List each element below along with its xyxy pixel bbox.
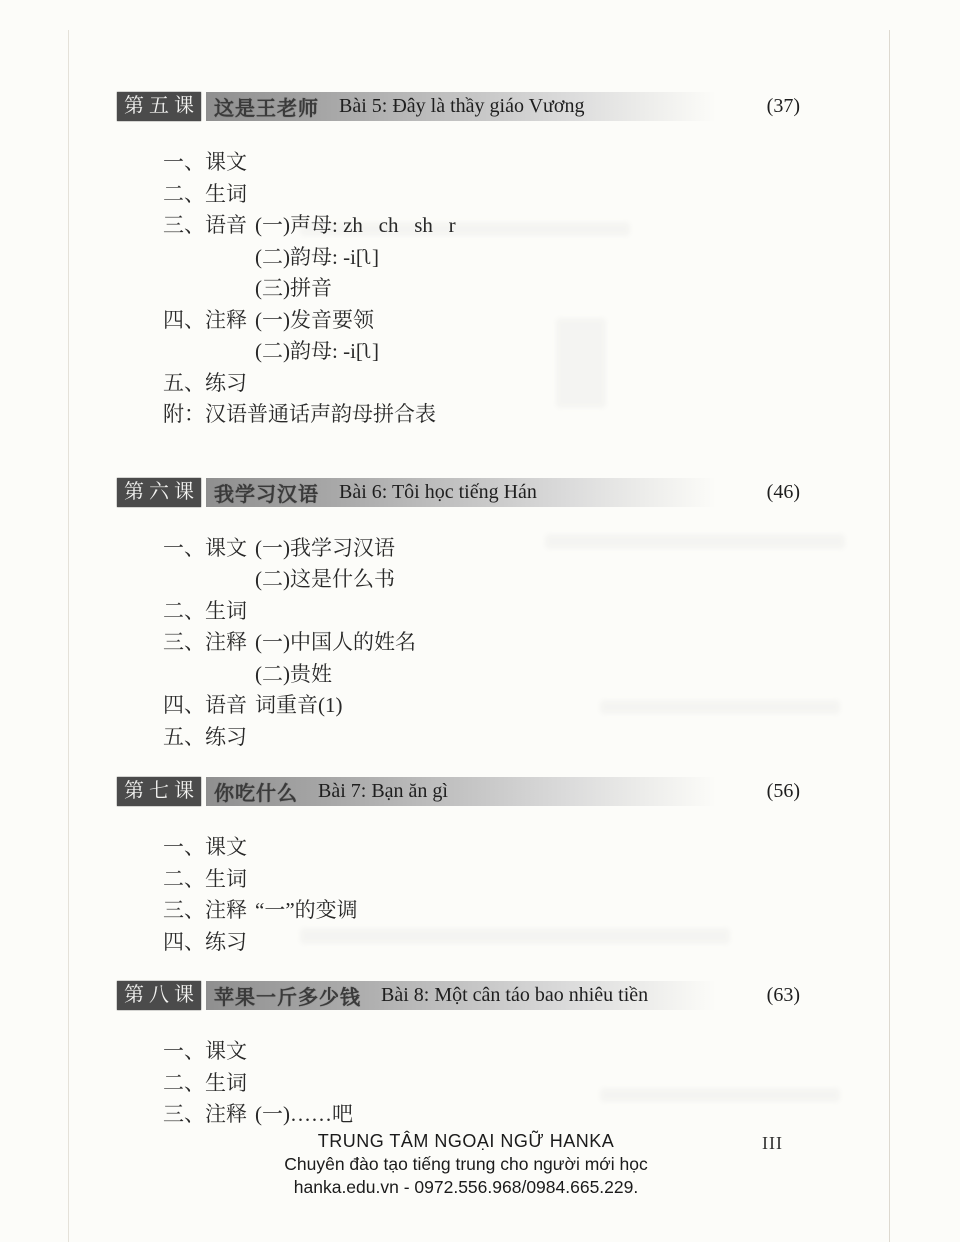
toc-item-row: 五、练习 [117, 722, 800, 754]
lesson-section: 第 七 课你吃什么Bài 7: Bạn ăn gì(56)一、课文二、生词三、注… [117, 777, 800, 958]
item-sub: (一)中国人的姓名 [255, 630, 416, 654]
item-sub: (一)声母: zh ch sh r [255, 213, 456, 237]
toc-item-row: (二)贵姓 [117, 659, 800, 691]
item-label: 三、注释 [163, 895, 255, 927]
toc-item-row: 二、生词 [117, 596, 800, 628]
item-label: 三、注释 [163, 1099, 255, 1131]
lesson-items: 一、课文(一)我学习汉语(二)这是什么书二、生词三、注释(一)中国人的姓名(二)… [117, 533, 800, 754]
item-label: 四、语音 [163, 690, 255, 722]
toc-item-row: 一、课文 [117, 147, 800, 179]
footer-slogan: Chuyên đào tạo tiếng trung cho người mới… [0, 1153, 946, 1176]
lesson-page-ref: (56) [738, 777, 800, 806]
item-label: 二、生词 [163, 179, 255, 211]
lesson-title-vi: Bài 7: Bạn ăn gì [318, 780, 448, 803]
toc-item-row: 四、语音词重音(1) [117, 690, 800, 722]
item-sub: (一)……吧 [255, 1102, 353, 1126]
item-label: 四、注释 [163, 305, 255, 337]
item-label: 二、生词 [163, 596, 255, 628]
item-label: 一、课文 [163, 533, 255, 565]
scanned-toc-page: 第 五 课这是王老师Bài 5: Đây là thầy giáo Vương(… [0, 0, 960, 1242]
item-label: 一、课文 [163, 147, 255, 179]
lesson-title-vi: Bài 5: Đây là thầy giáo Vương [339, 95, 584, 118]
toc-item-row: (二)这是什么书 [117, 564, 800, 596]
item-label: 一、课文 [163, 832, 255, 864]
lesson-header: 第 六 课我学习汉语Bài 6: Tôi học tiếng Hán(46) [117, 478, 800, 507]
item-label: 二、生词 [163, 1068, 255, 1100]
page-right-edge-line [889, 30, 890, 1242]
item-label: 五、练习 [163, 368, 255, 400]
lesson-section: 第 五 课这是王老师Bài 5: Đây là thầy giáo Vương(… [117, 92, 800, 431]
item-sub: (三)拼音 [255, 273, 332, 305]
item-sub: (一)我学习汉语 [255, 536, 395, 560]
lesson-section: 第 八 课苹果一斤多少钱Bài 8: Một cân táo bao nhiêu… [117, 981, 800, 1131]
item-sub: 词重音(1) [255, 693, 343, 717]
lesson-title-vi: Bài 6: Tôi học tiếng Hán [339, 481, 537, 504]
toc-item-row: 三、注释“一”的变调 [117, 895, 800, 927]
toc-item-row: 三、注释(一)……吧 [117, 1099, 800, 1131]
footer-center-name: TRUNG TÂM NGOẠI NGỮ HANKA [0, 1130, 946, 1153]
lesson-items: 一、课文二、生词三、注释(一)……吧 [117, 1036, 800, 1131]
lesson-page-ref: (37) [738, 92, 800, 121]
toc-item-row: (二)韵母: -i[ʅ] [117, 242, 800, 274]
page-left-edge-line [68, 30, 69, 1242]
lesson-items: 一、课文二、生词三、注释“一”的变调四、练习 [117, 832, 800, 958]
lesson-header: 第 七 课你吃什么Bài 7: Bạn ăn gì(56) [117, 777, 800, 806]
toc-item-row: 五、练习 [117, 368, 800, 400]
lesson-header: 第 八 课苹果一斤多少钱Bài 8: Một cân táo bao nhiêu… [117, 981, 800, 1010]
item-sub: (二)韵母: -i[ʅ] [255, 242, 379, 274]
item-sub: (一)发音要领 [255, 308, 374, 332]
toc-item-row: (三)拼音 [117, 273, 800, 305]
lesson-number-box: 第 五 课 [117, 92, 201, 121]
item-label: 一、课文 [163, 1036, 255, 1068]
lesson-header: 第 五 课这是王老师Bài 5: Đây là thầy giáo Vương(… [117, 92, 800, 121]
item-sub: (二)这是什么书 [255, 564, 395, 596]
lesson-header-bar: 我学习汉语Bài 6: Tôi học tiếng Hán [206, 478, 738, 507]
item-label: 三、注释 [163, 627, 255, 659]
toc-item-row: 一、课文 [117, 1036, 800, 1068]
lesson-title-zh: 我学习汉语 [206, 478, 319, 507]
item-label: 四、练习 [163, 927, 255, 959]
footer: III TRUNG TÂM NGOẠI NGỮ HANKA Chuyên đào… [0, 1130, 960, 1199]
toc-item-row: 一、课文(一)我学习汉语 [117, 533, 800, 565]
item-sub: “一”的变调 [255, 898, 358, 922]
item-sub: (二)贵姓 [255, 659, 332, 691]
lesson-header-bar: 你吃什么Bài 7: Bạn ăn gì [206, 777, 738, 806]
toc-item-row: 二、生词 [117, 1068, 800, 1100]
toc-item-row: 二、生词 [117, 864, 800, 896]
lesson-page-ref: (46) [738, 478, 800, 507]
toc-item-row: (二)韵母: -i[ʅ] [117, 336, 800, 368]
lesson-header-bar: 苹果一斤多少钱Bài 8: Một cân táo bao nhiêu tiền [206, 981, 738, 1010]
item-label: 二、生词 [163, 864, 255, 896]
item-sub: (二)韵母: -i[ʅ] [255, 336, 379, 368]
toc-item-row: 四、注释(一)发音要领 [117, 305, 800, 337]
toc-item-row: 附：汉语普通话声韵母拼合表 [117, 399, 800, 431]
lesson-title-zh: 这是王老师 [206, 92, 319, 121]
lesson-section: 第 六 课我学习汉语Bài 6: Tôi học tiếng Hán(46)一、… [117, 478, 800, 754]
lesson-title-zh: 苹果一斤多少钱 [206, 981, 361, 1010]
toc-item-row: 三、语音(一)声母: zh ch sh r [117, 210, 800, 242]
item-label: 五、练习 [163, 722, 255, 754]
lesson-title-vi: Bài 8: Một cân táo bao nhiêu tiền [381, 984, 648, 1007]
item-label: 三、语音 [163, 210, 255, 242]
toc-item-row: 三、注释(一)中国人的姓名 [117, 627, 800, 659]
lesson-header-bar: 这是王老师Bài 5: Đây là thầy giáo Vương [206, 92, 738, 121]
lesson-title-zh: 你吃什么 [206, 777, 298, 806]
lesson-page-ref: (63) [738, 981, 800, 1010]
item-label: 附：汉语普通话声韵母拼合表 [163, 399, 436, 431]
lesson-items: 一、课文二、生词三、语音(一)声母: zh ch sh r(二)韵母: -i[ʅ… [117, 147, 800, 431]
toc-item-row: 四、练习 [117, 927, 800, 959]
footer-branding: TRUNG TÂM NGOẠI NGỮ HANKA Chuyên đào tạo… [0, 1130, 946, 1199]
lesson-number-box: 第 六 课 [117, 478, 201, 507]
footer-contact-info: hanka.edu.vn - 0972.556.968/0984.665.229… [0, 1176, 946, 1199]
table-of-contents: 第 五 课这是王老师Bài 5: Đây là thầy giáo Vương(… [117, 92, 800, 1131]
lesson-number-box: 第 七 课 [117, 777, 201, 806]
lesson-number-box: 第 八 课 [117, 981, 201, 1010]
toc-item-row: 二、生词 [117, 179, 800, 211]
toc-item-row: 一、课文 [117, 832, 800, 864]
